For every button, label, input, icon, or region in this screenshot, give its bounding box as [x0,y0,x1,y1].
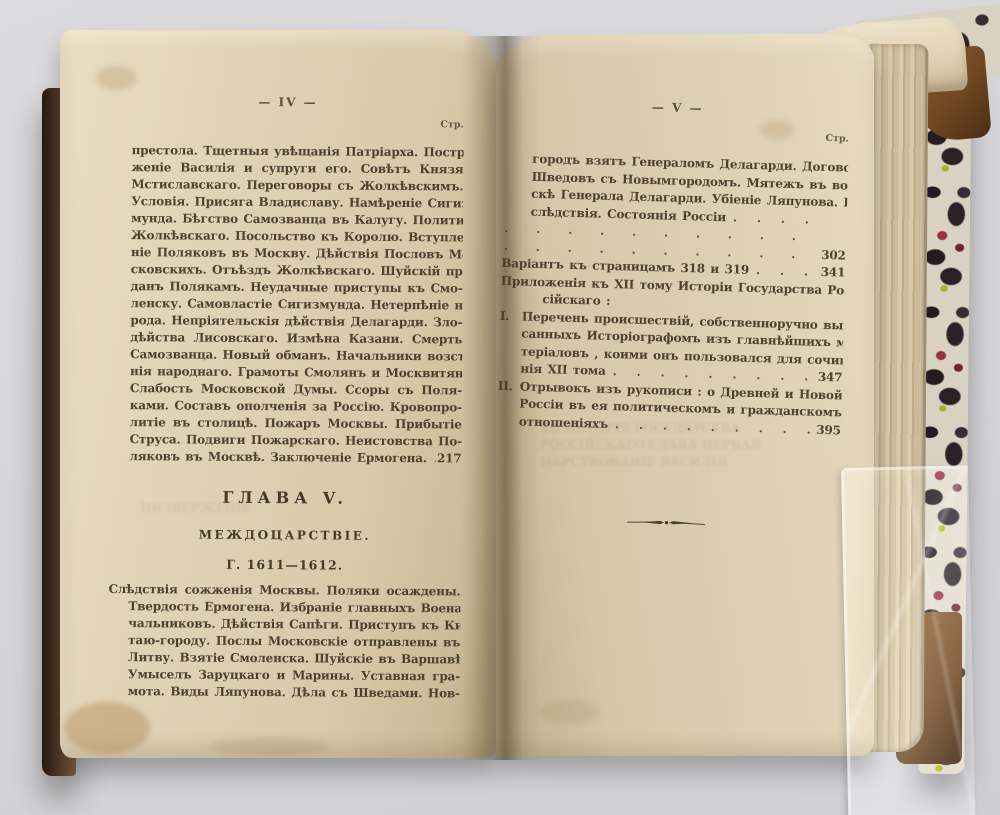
entry-text: отношеніяхъ [519,413,609,433]
chapter5-summary-continuation: городъ взятъ Генераломъ Делагарди. Догов… [503,150,849,230]
left-column-label: Стр. [112,117,464,130]
dot-leader: . . . [427,450,436,467]
page-ref-number [820,241,846,242]
left-page-text-column: — IV — Стр. престола. Тщетныя увѣщанія П… [108,94,464,702]
dot-leader: . . . . . . [749,262,820,281]
chapter4-end-entry: ляковъ въ Москвѣ. Заключеніе Ермогена. .… [109,448,461,467]
toc-line: мота. Виды Ляпунова. Дѣла съ Шведами. Но… [128,683,460,702]
appendix-item-1: I. Перечень происшествій, собственноручн… [498,307,844,387]
page-ref-number: 347 [816,369,842,387]
item-roman-numeral: II. [498,377,513,395]
chapter5-subtitle: МЕЖДОЦАРСТВІЕ. [109,527,461,543]
item-roman-numeral: I. [500,307,510,325]
appendix-item-2: II. Отрывокъ изъ рукописи : о Древней и … [497,377,842,439]
chapter5-title: ГЛАВА V. [109,487,461,508]
left-page-number: — IV — [112,94,464,110]
page-ref-number: 341 [819,264,845,282]
page-ref-number: 395 [815,421,841,439]
page-ref-number [821,223,847,224]
photo-background: — IV — Стр. престола. Тщетныя увѣщанія П… [0,0,1000,815]
page-ref-number: 302 [819,246,845,264]
acrylic-strip [841,465,975,815]
entry-text: ляковъ въ Москвѣ. Заключеніе Ермогена. [129,448,426,467]
chapter5-summary: Слѣдствія сожженія Москвы. Поляки осажде… [108,581,461,702]
right-page-text-column: — V — Стр. городъ взятъ Генераломъ Делаг… [494,96,850,536]
chapter5-years: Г. 1611—1612. [109,556,461,573]
page-ref-number: 217 [435,450,461,467]
chapter4-summary: престола. Тщетныя увѣщанія Патріарха. По… [110,142,464,450]
right-column-label: Стр. [825,133,849,145]
